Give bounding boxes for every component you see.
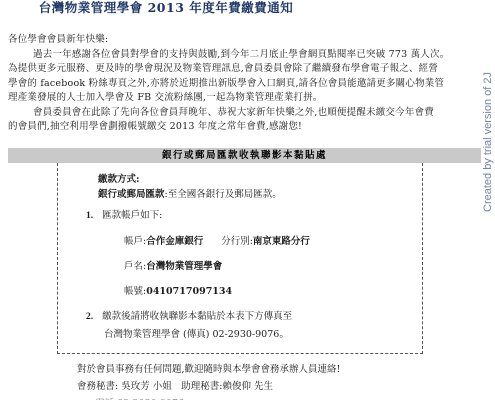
page-title: 台灣物業管理學會 2013 年度年費繳費通知 bbox=[0, 0, 332, 16]
branch-label: 分行別: bbox=[221, 236, 253, 247]
list-item-1: 1. 匯款帳戶如下: bbox=[86, 207, 162, 221]
paragraph-line: 為提供更多元服務、更及時的學會現況及物業管理訊息,會員委員會除了繼續發布學會電子… bbox=[8, 60, 450, 75]
account-number-row: 帳號:0410717097134 bbox=[124, 283, 232, 297]
account-name-value: 台灣物業管理學會 bbox=[146, 261, 222, 272]
item-number: 1. bbox=[86, 211, 93, 221]
bank-value: 合作金庫銀行 bbox=[146, 236, 203, 247]
method-desc: :至全國各銀行及郵局匯款。 bbox=[165, 189, 282, 200]
payment-method-line: 銀行或郵局匯款:至全國各銀行及郵局匯款。 bbox=[98, 186, 282, 200]
secretary-line: 會務秘書: 吳玫芳 小姐 助理秘書:賴俊仰 先生 bbox=[77, 378, 273, 392]
contact-note: 對於會員事務有任何問題,歡迎隨時與本學會會務承辦人員連絡! bbox=[77, 361, 340, 375]
item-text: 匯款帳戶如下: bbox=[102, 210, 162, 221]
paragraph-line: 會員委員會在此除了先向各位會員拜晚年、恭祝大家新年快樂之外,也順便提醒未繳交今年… bbox=[8, 104, 450, 119]
paragraph-line: 學會的 facebook 粉絲專頁之外,亦將於近期推出新版學會入口網頁,請各位會… bbox=[8, 75, 450, 90]
paragraph-line: 的會員們,抽空利用學會劃撥帳號繳交 2013 年度之常年會費,感謝您! bbox=[8, 118, 450, 133]
bank-label: 帳戶: bbox=[124, 236, 146, 247]
branch-value: 南京東路分行 bbox=[253, 236, 310, 247]
item-text: 繳款後請將收執聯影本黏貼於本表下方傳真至 bbox=[102, 311, 292, 322]
account-number-value: 0410717097134 bbox=[146, 286, 232, 297]
list-item-2: 2. 繳款後請將收執聯影本黏貼於本表下方傳真至 bbox=[86, 308, 292, 322]
account-name-label: 戶名: bbox=[124, 261, 146, 272]
receipt-paste-area: 繳款方式: 銀行或郵局匯款:至全國各銀行及郵局匯款。 1. 匯款帳戶如下: 帳戶… bbox=[57, 163, 423, 354]
paragraph-line: 理產業發展的人士加入學會及 FB 交流粉絲團,一起為物業管理產業打拼。 bbox=[8, 89, 450, 104]
letter-body: 各位學會會員新年快樂: 過去一年感謝各位會員對學會的支持與鼓勵,到今年二月底止學… bbox=[8, 31, 450, 133]
item-number: 2. bbox=[86, 312, 93, 322]
payment-method-label: 繳款方式: bbox=[98, 171, 140, 185]
trial-version-watermark: Created by trial version of 2J bbox=[482, 0, 494, 212]
paragraph-line: 過去一年感謝各位會員對學會的支持與鼓勵,到今年二月底止學會網頁點閱率已突破 77… bbox=[8, 46, 450, 61]
method-name: 銀行或郵局匯款 bbox=[98, 189, 165, 200]
fax-line: 台灣物業管理學會 (傳真) 02-2930-9076。 bbox=[104, 326, 289, 340]
section-header-bar: 銀行或郵局匯款收執聯影本黏貼處 bbox=[8, 148, 481, 163]
account-bank-row: 帳戶:合作金庫銀行分行別:南京東路分行 bbox=[124, 233, 310, 247]
clipped-bottom-line: 電話:02-2930-9076 ………………………………… bbox=[95, 395, 425, 400]
greeting-line: 各位學會會員新年快樂: bbox=[8, 31, 450, 46]
account-name-row: 戶名:台灣物業管理學會 bbox=[124, 258, 222, 272]
account-number-label: 帳號: bbox=[124, 286, 146, 297]
